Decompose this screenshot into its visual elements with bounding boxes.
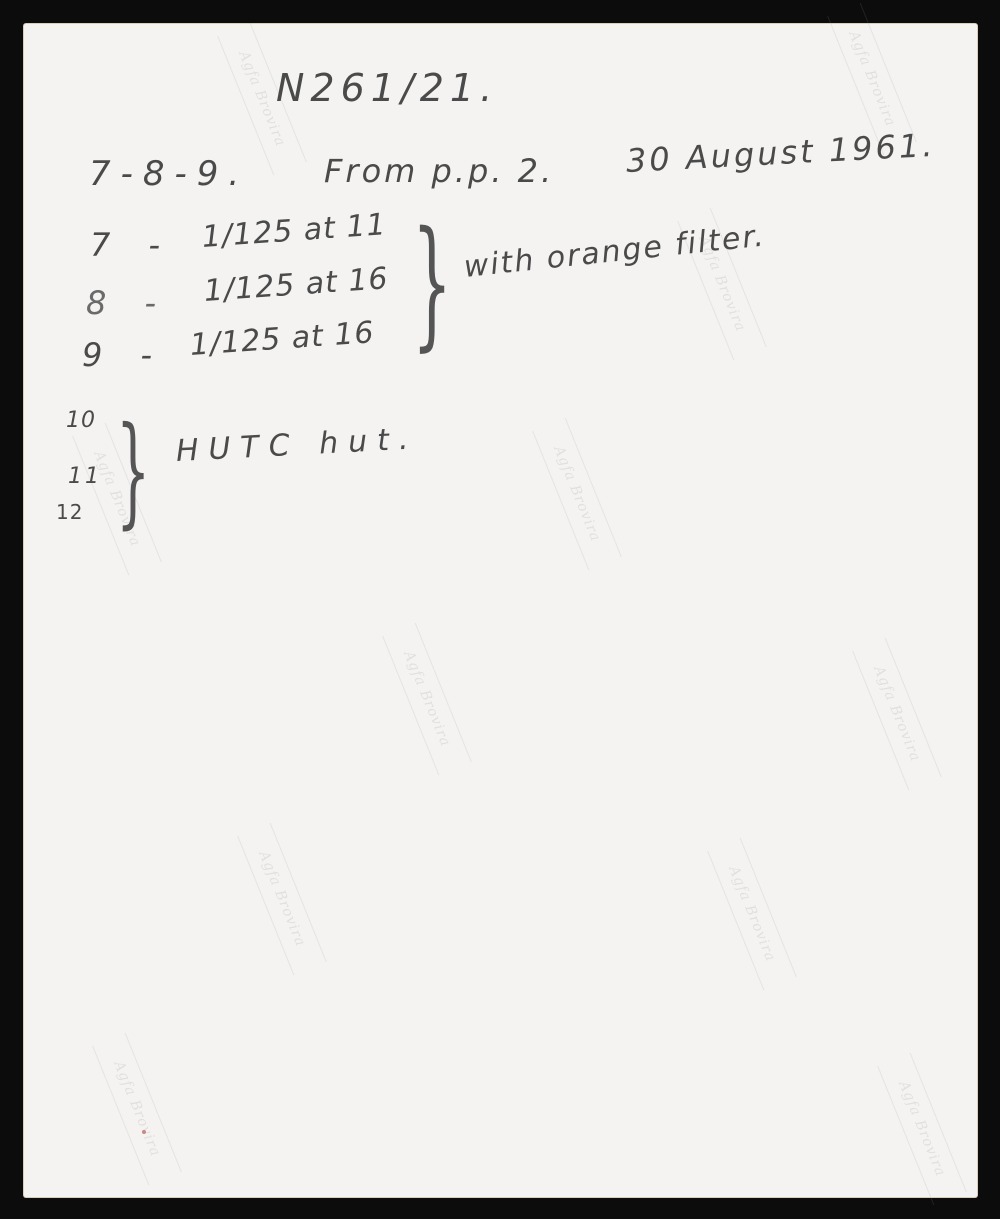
watermark: Agfa Brovira xyxy=(852,638,942,791)
photo-paper-verso: Agfa Brovira Agfa Brovira Agfa Brovira A… xyxy=(24,24,977,1197)
source-note: From p.p. 2. xyxy=(324,152,554,190)
exposure-setting-7: 1/125 at 11 xyxy=(201,207,388,255)
frame-12: 12 xyxy=(56,500,83,524)
watermark: Agfa Brovira xyxy=(92,1033,182,1186)
exposure-setting-9: 1/125 at 16 xyxy=(189,315,376,363)
exposure-frame-9: 9 - xyxy=(82,336,166,374)
date: 30 August 1961. xyxy=(625,126,936,180)
watermark: Agfa Brovira xyxy=(382,623,472,776)
frame-11: 11 xyxy=(68,464,102,489)
watermark: Agfa Brovira xyxy=(707,838,797,991)
watermark: Agfa Brovira xyxy=(532,418,622,571)
frame-10: 10 xyxy=(66,408,96,433)
watermark: Agfa Brovira xyxy=(877,1053,967,1206)
exposure-frame-8: 8 - xyxy=(86,284,170,322)
paper-spot xyxy=(142,1130,146,1134)
frames-label: 7-8-9. xyxy=(89,154,249,194)
exposure-setting-8: 1/125 at 16 xyxy=(203,261,390,309)
reference-number: N261/21. xyxy=(276,66,498,110)
curly-brace-icon: } xyxy=(116,412,150,532)
exposure-frame-7: 7 - xyxy=(90,226,174,264)
curly-brace-icon: } xyxy=(412,214,452,354)
watermark: Agfa Brovira xyxy=(237,823,327,976)
second-group-note: HUTC hut. xyxy=(175,421,419,469)
